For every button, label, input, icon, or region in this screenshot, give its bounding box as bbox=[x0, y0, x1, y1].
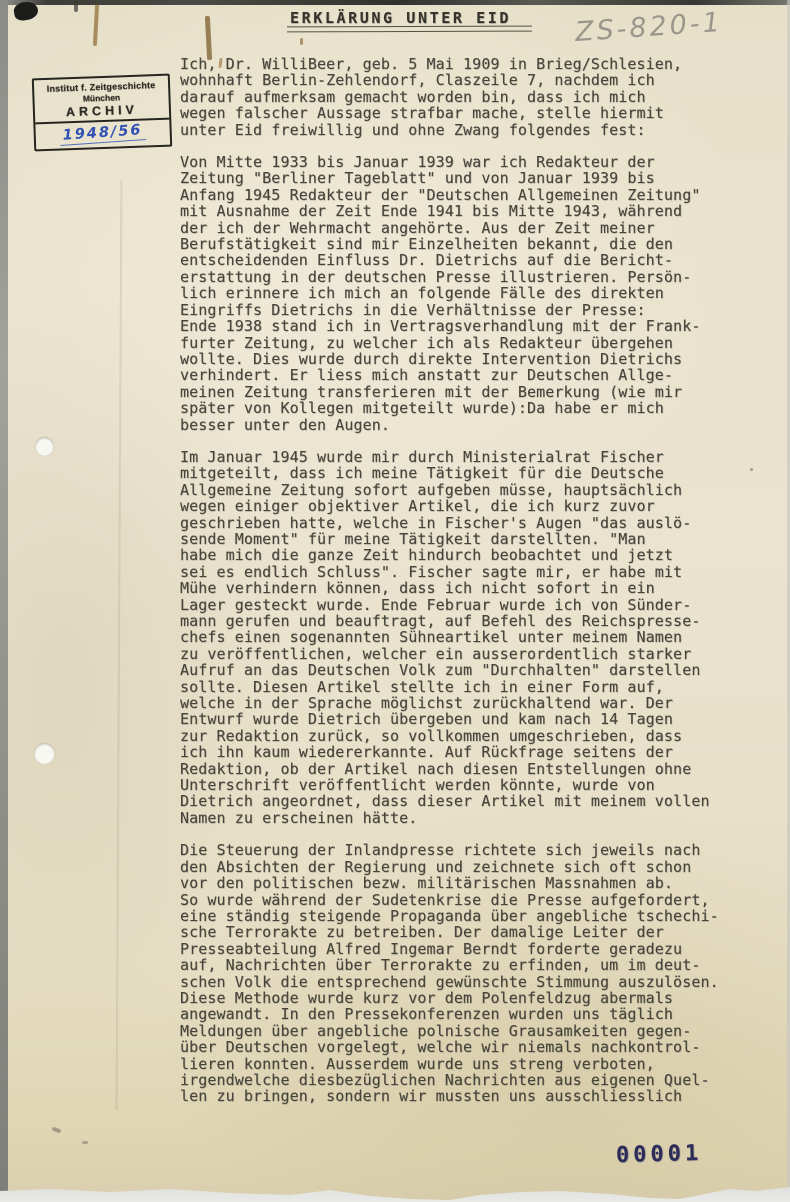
page-number-stamp: 00001 bbox=[616, 1141, 703, 1168]
stamp-accession-number: 1948/56 bbox=[59, 122, 146, 146]
paragraph-press-steering: Die Steuerung der Inlandpresse richtete … bbox=[180, 842, 725, 1105]
scan-top-mark bbox=[74, 0, 78, 12]
paragraph-oath-intro: Ich, Dr. WilliBeer, geb. 5 Mai 1909 in B… bbox=[180, 56, 725, 138]
scanned-document-page: Institut f. Zeitgeschichte München ARCHI… bbox=[0, 0, 790, 1202]
paper-stain bbox=[82, 1141, 88, 1144]
document-body: Ich, Dr. WilliBeer, geb. 5 Mai 1909 in B… bbox=[180, 56, 725, 1121]
scan-edge-top bbox=[0, 0, 790, 5]
hole-punch-top bbox=[35, 437, 54, 456]
hole-punch-bottom bbox=[34, 743, 55, 764]
document-title: ERKLÄRUNG UNTER EID bbox=[290, 9, 511, 27]
scan-edge-left bbox=[0, 0, 8, 1202]
paragraph-career: Von Mitte 1933 bis Januar 1939 war ich R… bbox=[180, 154, 725, 433]
paper-stain bbox=[300, 38, 303, 45]
title-underline bbox=[287, 26, 532, 33]
archive-stamp: Institut f. Zeitgeschichte München ARCHI… bbox=[32, 74, 172, 152]
paper-stain bbox=[750, 468, 753, 471]
paragraph-january-1945: Im Januar 1945 wurde mir durch Ministeri… bbox=[180, 449, 725, 826]
